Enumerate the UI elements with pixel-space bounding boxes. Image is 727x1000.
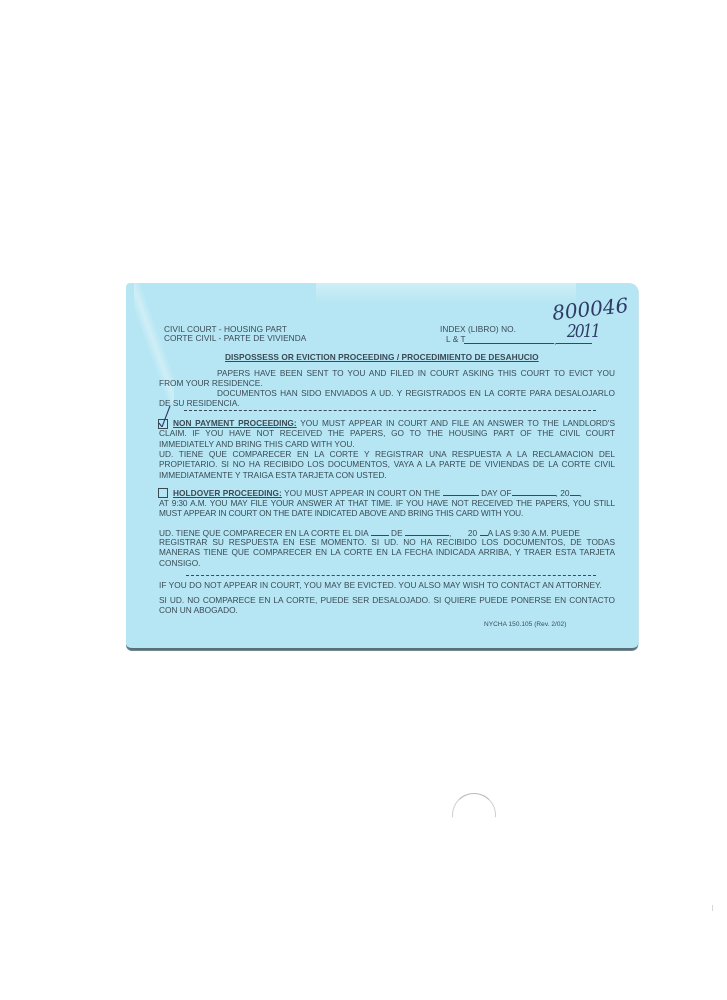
intro-en: PAPERS HAVE BEEN SENT TO YOU AND FILED I… (159, 368, 615, 389)
intro-es: DOCUMENTOS HAN SIDO ENVIADOS A UD. Y REG… (159, 388, 615, 409)
index-year-line (556, 343, 592, 344)
court-name-es: CORTE CIVIL - PARTE DE VIVIENDA (164, 333, 306, 343)
eviction-notice-card: CIVIL COURT - HOUSING PART CORTE CIVIL -… (126, 283, 638, 650)
lt-label: L & T (446, 334, 466, 344)
non-payment-en: NON PAYMENT PROCEEDING: YOU MUST APPEAR … (159, 418, 615, 449)
index-label: INDEX (LIBRO) NO. (440, 324, 516, 334)
scan-artifact-arc (452, 793, 496, 837)
index-number-line (464, 343, 554, 344)
handwritten-year: 2011 (567, 321, 599, 342)
notice-title: DISPOSSESS OR EVICTION PROCEEDING / PROC… (225, 352, 539, 362)
holdover-year-blank[interactable] (570, 487, 580, 496)
holdover-es-day-blank[interactable] (371, 527, 389, 536)
warning-es: SI UD. NO COMPARECE EN LA CORTE, PUEDE S… (159, 595, 615, 616)
non-payment-es: UD. TIENE QUE COMPARECER EN LA CORTE Y R… (159, 449, 615, 480)
card-crease (316, 283, 576, 303)
scan-speck (712, 905, 713, 911)
holdover-line1: HOLDOVER PROCEEDING: YOU MUST APPEAR IN … (173, 487, 582, 498)
holdover-month-blank[interactable] (512, 487, 556, 496)
warning-en: IF YOU DO NOT APPEAR IN COURT, YOU MAY B… (159, 580, 602, 590)
holdover-text-c: , 20 (556, 488, 570, 498)
holdover-es: REGISTRAR SU RESPUESTA EN ESE MOMENTO. S… (159, 537, 615, 568)
section-divider (184, 410, 596, 411)
holdover-label: HOLDOVER PROCEEDING: (173, 488, 282, 498)
holdover-checkbox[interactable] (158, 488, 168, 498)
holdover-es-year-blank[interactable] (480, 527, 488, 536)
non-payment-label: NON PAYMENT PROCEEDING: (173, 418, 297, 428)
section-divider (186, 575, 596, 576)
form-number: NYCHA 150.105 (Rev. 2/02) (484, 620, 566, 630)
holdover-en: AT 9:30 A.M. YOU MAY FILE YOUR ANSWER AT… (159, 498, 615, 519)
holdover-es-month-blank[interactable] (405, 527, 449, 536)
holdover-day-blank[interactable] (443, 487, 479, 496)
holdover-text-b: DAY OF (481, 488, 511, 498)
holdover-text-a: YOU MUST APPEAR IN COURT ON THE (284, 488, 440, 498)
index-comma: , (554, 336, 556, 346)
